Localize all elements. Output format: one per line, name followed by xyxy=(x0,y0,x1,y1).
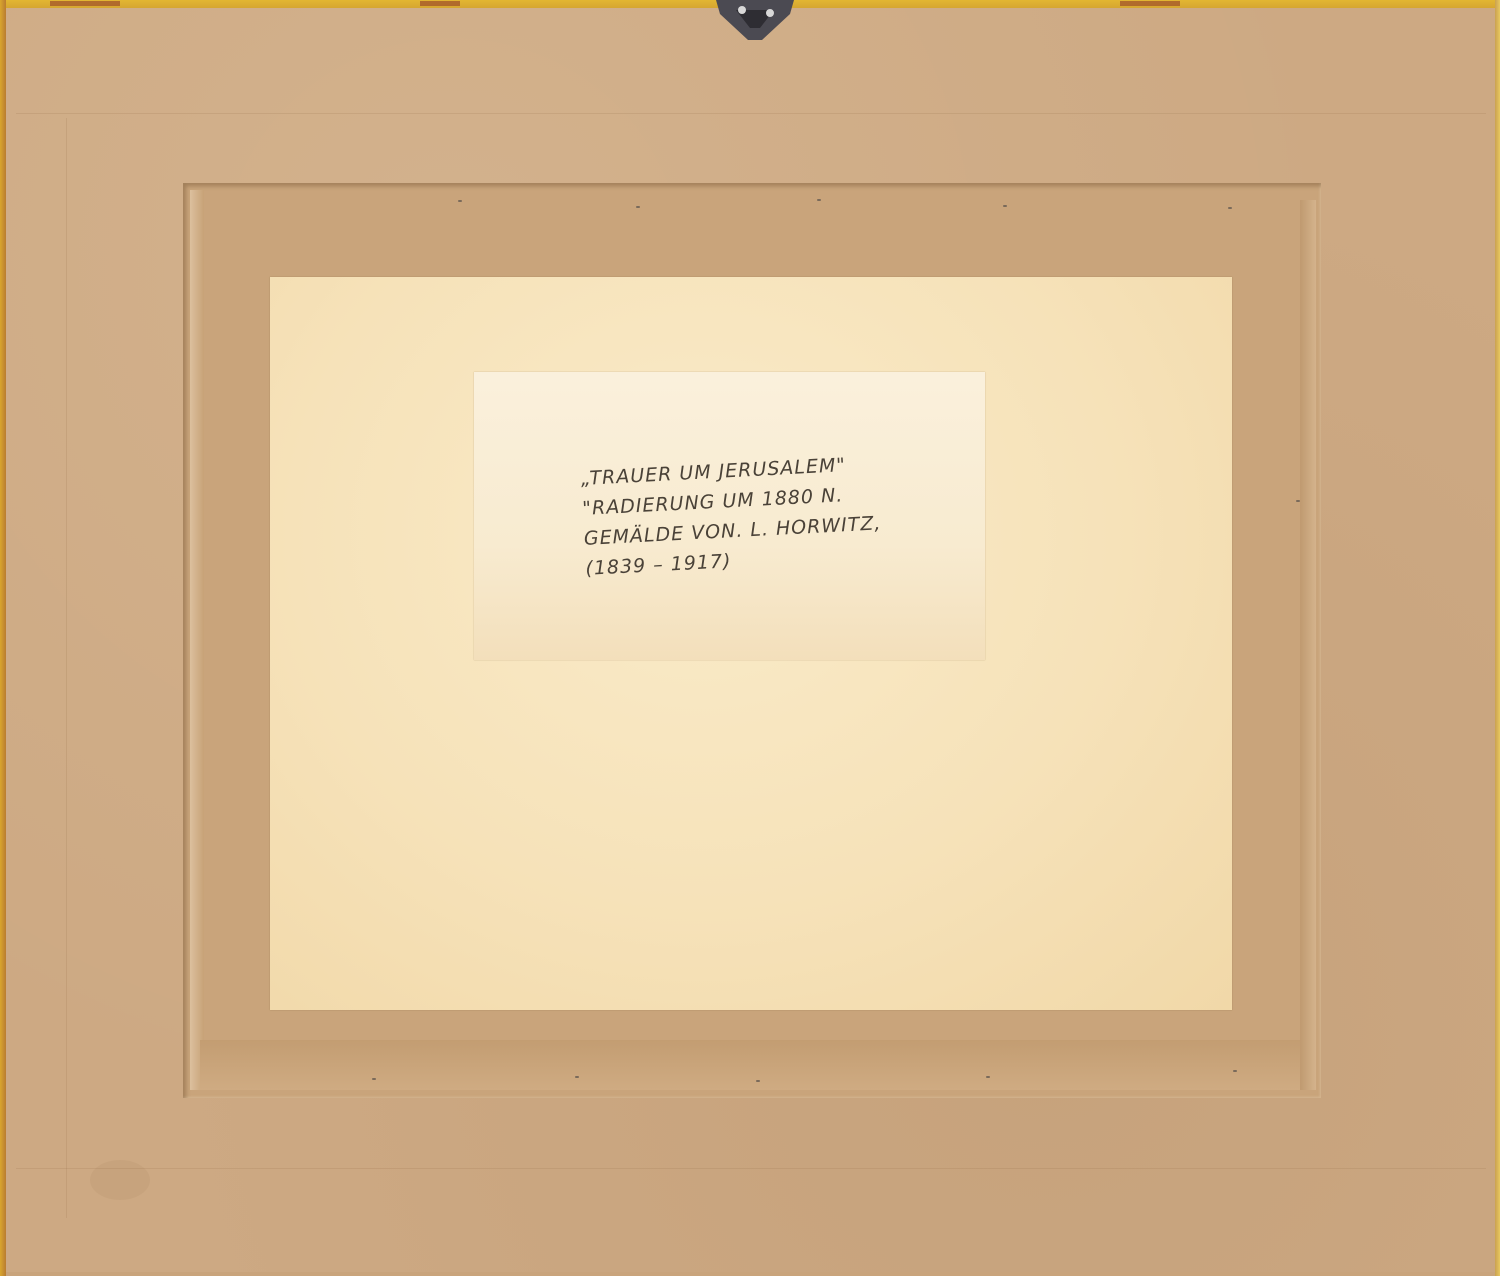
label-text: „TRAUER UM JERUSALEM" "RADIERUNG UM 1880… xyxy=(580,443,986,584)
nail xyxy=(986,1076,990,1078)
nail xyxy=(372,1078,376,1080)
frame-edge-left xyxy=(0,0,6,1276)
sawtooth-hanger-icon xyxy=(712,0,798,42)
board-seam xyxy=(66,118,67,1218)
board-seam xyxy=(16,1168,1486,1169)
nail xyxy=(1233,1070,1237,1072)
board-seam xyxy=(16,113,1486,114)
nail xyxy=(1228,207,1232,209)
stain xyxy=(90,1160,150,1200)
nail xyxy=(756,1080,760,1082)
frame-edge-right xyxy=(1495,0,1500,1276)
nail xyxy=(458,200,462,202)
nail xyxy=(1003,205,1007,207)
tape-flap-left xyxy=(190,190,204,1090)
tape-flap-bottom xyxy=(200,1040,1315,1090)
handwritten-label: „TRAUER UM JERUSALEM" "RADIERUNG UM 1880… xyxy=(474,372,985,660)
tape-flap-right xyxy=(1300,200,1316,1090)
nail xyxy=(636,206,640,208)
nail xyxy=(817,199,821,201)
nail xyxy=(1296,500,1300,502)
nail xyxy=(575,1076,579,1078)
